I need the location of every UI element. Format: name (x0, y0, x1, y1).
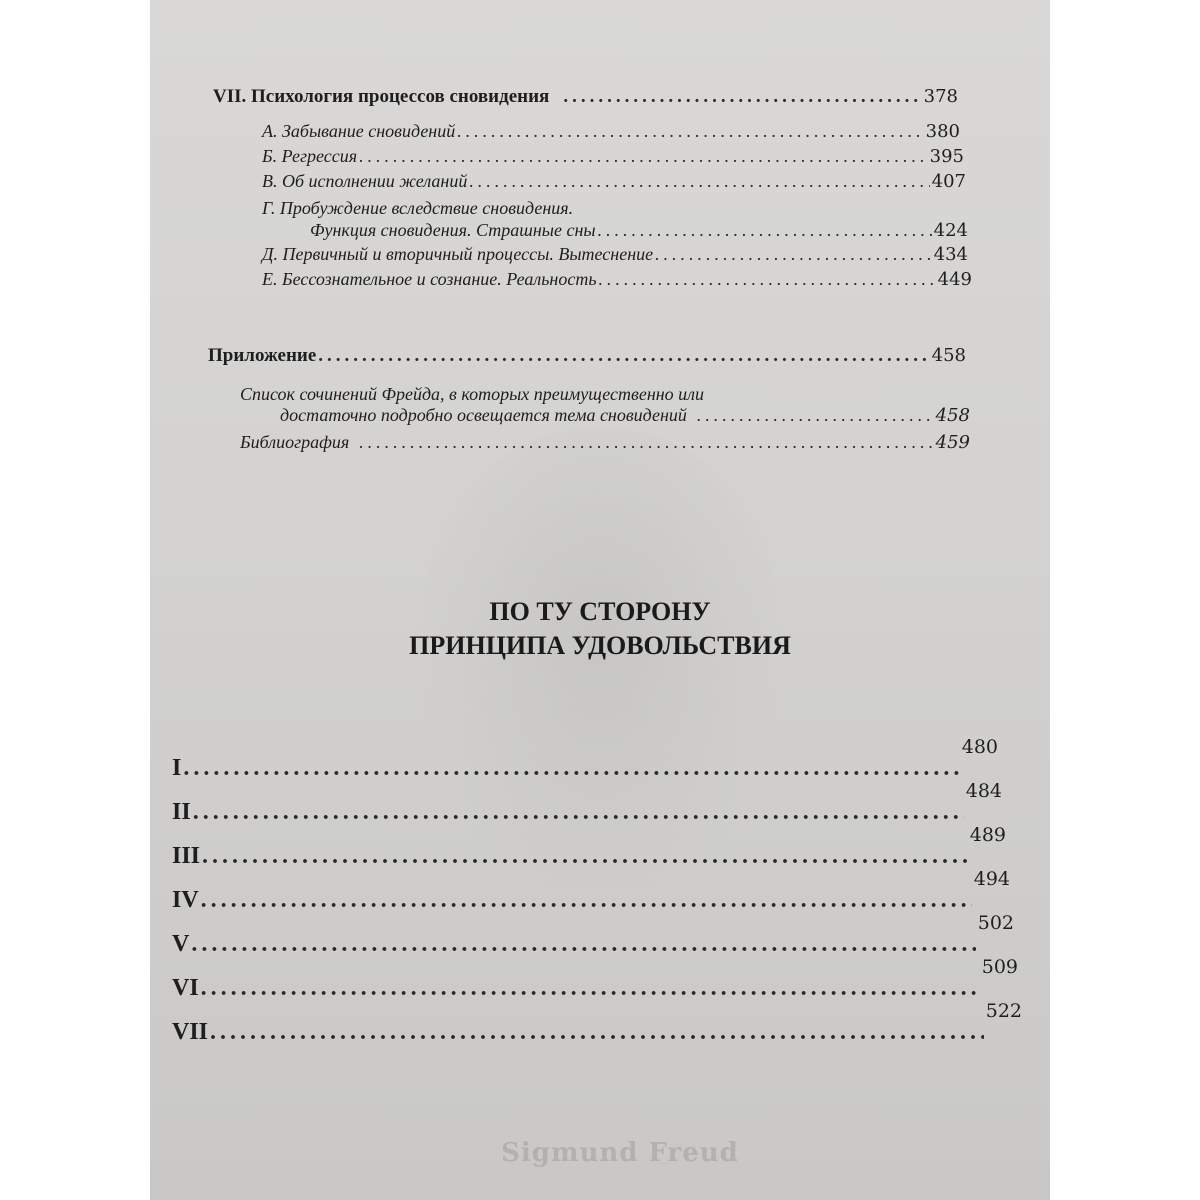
dot-leader (563, 86, 921, 108)
toc-chapter-7[interactable]: VII. Психология процессов сновидения 378 (213, 86, 958, 108)
toc-appendix-works[interactable]: достаточно подробно освещается тема снов… (280, 405, 970, 426)
toc-appendix-works-line1[interactable]: Список сочинений Фрейда, в которых преим… (240, 384, 704, 405)
dot-leader (359, 432, 933, 453)
toc-page-number: 424 (934, 220, 968, 241)
toc-item-7g[interactable]: Функция сновидения. Страшные сны 424 (310, 220, 968, 241)
toc-label: VII. Психология процессов сновидения (213, 86, 549, 108)
toc-label: V (172, 931, 189, 958)
toc-label: Функция сновидения. Страшные сны (310, 220, 596, 241)
toc-page-number: 459 (936, 432, 970, 453)
dot-leader (359, 146, 928, 167)
toc-page-number: 380 (926, 121, 960, 142)
toc-page-number: 480 (962, 736, 998, 758)
toc-label: А. Забывание сновидений (262, 121, 455, 142)
dot-leader (598, 220, 932, 241)
toc-label: Приложение (208, 345, 316, 367)
toc-label: VII (172, 1019, 208, 1046)
dot-leader (697, 405, 934, 426)
section-title-line1: ПО ТУ СТОРОНУ (150, 594, 1050, 630)
toc-label: Е. Бессознательное и сознание. Реальност… (262, 269, 597, 290)
toc-page-number: 434 (934, 244, 968, 265)
dot-leader (191, 931, 975, 958)
toc-label: I (172, 755, 181, 782)
dot-leader (193, 799, 964, 826)
toc-section-chapter-3[interactable]: III 489 (172, 843, 1006, 870)
toc-label: В. Об исполнении желаний (262, 171, 467, 192)
toc-label: VI (172, 975, 199, 1002)
book-page: Sigmund Freud VII. Психология процессов … (150, 0, 1050, 1200)
toc-appendix[interactable]: Приложение 458 (208, 345, 966, 367)
dot-leader (201, 887, 972, 914)
toc-label: Б. Регрессия (262, 146, 357, 167)
toc-section-chapter-5[interactable]: V 502 (172, 931, 1014, 958)
toc-item-7g-line1[interactable]: Г. Пробуждение вследствие сновидения. (262, 198, 573, 219)
toc-page-number: 522 (986, 1000, 1022, 1022)
toc-page-number: 494 (974, 868, 1010, 890)
toc-page-number: 458 (932, 345, 966, 366)
toc-label: Библиография (240, 432, 349, 453)
toc-page-number: 484 (966, 780, 1002, 802)
toc-label: достаточно подробно освещается тема снов… (280, 405, 687, 426)
toc-item-7b[interactable]: Б. Регрессия 395 (262, 146, 964, 167)
dot-leader (599, 269, 936, 290)
toc-item-7d[interactable]: Д. Первичный и вторичный процессы. Вытес… (262, 244, 968, 265)
toc-section-chapter-7[interactable]: VII 522 (172, 1019, 1022, 1046)
toc-section-chapter-1[interactable]: I 480 (172, 755, 998, 782)
section-title-line2: ПРИНЦИПА УДОВОЛЬСТВИЯ (150, 628, 1050, 664)
dot-leader (469, 171, 929, 192)
toc-label: Д. Первичный и вторичный процессы. Вытес… (262, 244, 653, 265)
toc-page-number: 489 (970, 824, 1006, 846)
toc-item-7v[interactable]: В. Об исполнении желаний 407 (262, 171, 966, 192)
toc-page-number: 509 (982, 956, 1018, 978)
dot-leader (202, 843, 968, 870)
toc-label: III (172, 843, 200, 870)
toc-page-number: 395 (930, 146, 964, 167)
toc-page-number: 449 (938, 269, 972, 290)
dot-leader (210, 1019, 984, 1046)
watermark-signature: Sigmund Freud (490, 1138, 750, 1168)
toc-page-number: 458 (936, 405, 970, 426)
dot-leader (457, 121, 923, 142)
dot-leader (318, 345, 929, 367)
toc-section-chapter-2[interactable]: II 484 (172, 799, 1002, 826)
toc-label: IV (172, 887, 199, 914)
toc-appendix-bibliography[interactable]: Библиография 459 (240, 432, 970, 453)
toc-label: II (172, 799, 191, 826)
dot-leader (201, 975, 980, 1002)
dot-leader (183, 755, 959, 782)
toc-section-chapter-6[interactable]: VI 509 (172, 975, 1018, 1002)
toc-item-7e[interactable]: Е. Бессознательное и сознание. Реальност… (262, 269, 972, 290)
toc-page-number: 378 (924, 86, 958, 107)
toc-section-chapter-4[interactable]: IV 494 (172, 887, 1010, 914)
dot-leader (655, 244, 932, 265)
toc-page-number: 407 (932, 171, 966, 192)
toc-item-7a[interactable]: А. Забывание сновидений 380 (262, 121, 960, 142)
toc-page-number: 502 (978, 912, 1014, 934)
